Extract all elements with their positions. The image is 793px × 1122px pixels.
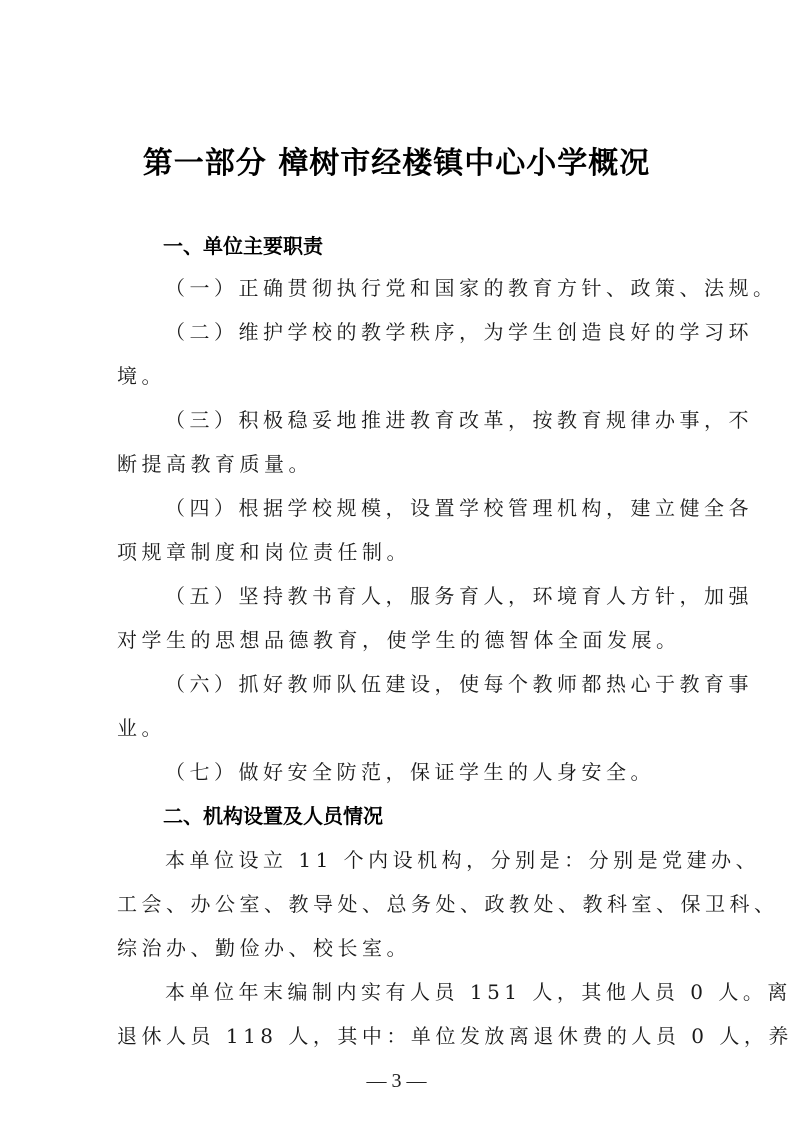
page-number: — 3 — — [0, 1070, 793, 1093]
paragraph-line: 断提高教育质量。 — [117, 448, 313, 477]
paragraph-line: 工会、办公室、教导处、总务处、政教处、教科室、保卫科、 — [117, 888, 779, 917]
paragraph-line: 本单位年末编制内实有人员 151 人，其他人员 0 人。离 — [165, 976, 792, 1005]
paragraph-line: （三）积极稳妥地推进教育改革，按教育规律办事，不 — [165, 404, 753, 433]
paragraph-line: 境。 — [117, 360, 166, 389]
section-heading-duties: 一、单位主要职责 — [163, 230, 323, 259]
paragraph-line: （一）正确贯彻执行党和国家的教育方针、政策、法规。 — [165, 272, 778, 301]
paragraph-line: 本单位设立 11 个内设机构，分别是：分别是党建办、 — [165, 844, 760, 873]
paragraph-line: （七）做好安全防范，保证学生的人身安全。 — [165, 756, 655, 785]
paragraph-line: （五）坚持教书育人，服务育人，环境育人方针，加强 — [165, 580, 753, 609]
paragraph-line: （四）根据学校规模，设置学校管理机构，建立健全各 — [165, 492, 753, 521]
paragraph-line: 业。 — [117, 712, 166, 741]
paragraph-line: 项规章制度和岗位责任制。 — [117, 536, 411, 565]
paragraph-line: 对学生的思想品德教育，使学生的德智体全面发展。 — [117, 624, 681, 653]
paragraph-line: （二）维护学校的教学秩序，为学生创造良好的学习环 — [165, 316, 753, 345]
paragraph-line: 退休人员 118 人，其中：单位发放离退休费的人员 0 人，养 — [117, 1020, 793, 1049]
paragraph-line: 综治办、勤俭办、校长室。 — [117, 932, 411, 961]
page-title: 第一部分 樟树市经楼镇中心小学概况 — [0, 138, 793, 182]
section-heading-organization: 二、机构设置及人员情况 — [163, 800, 383, 829]
paragraph-line: （六）抓好教师队伍建设，使每个教师都热心于教育事 — [165, 668, 753, 697]
